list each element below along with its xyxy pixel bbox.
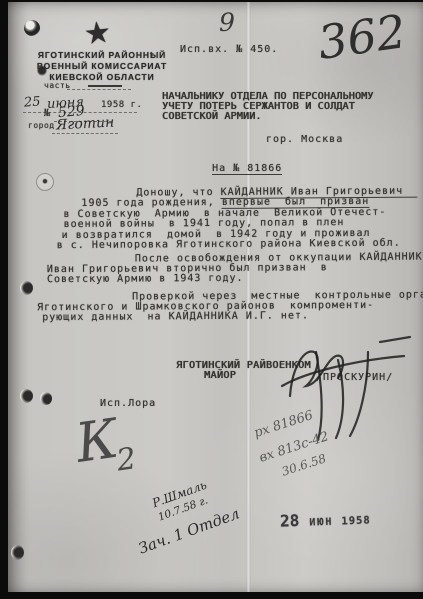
letterhead-line1: ЯГОТИНСКИЙ РАЙОННЫЙ — [24, 50, 180, 60]
punch-hole — [20, 281, 33, 295]
reference-number: На № 81866 — [184, 154, 282, 184]
form-part-line — [67, 89, 131, 90]
reference-number-text: На № 81866 — [212, 163, 282, 175]
stray-mark: т — [149, 51, 155, 61]
stamp-year: 1958 — [341, 514, 371, 527]
form-city-line — [52, 133, 118, 134]
recipient-city: гор. Москва — [266, 135, 343, 145]
date-stamp: 28 ИЮН 1958 — [280, 508, 371, 530]
letterhead-line2: ВОЕННЫЙ КОМИССАРИАТ — [24, 61, 180, 71]
handwritten-signature — [276, 326, 418, 446]
punch-hole — [40, 392, 52, 405]
incoming-ref: Исп.вх. № 450. — [180, 45, 278, 55]
stamp-day: 28 — [280, 511, 300, 531]
scanned-document-page: ★ ЯГОТИНСКИЙ РАЙОННЫЙ ВОЕННЫЙ КОМИССАРИА… — [0, 0, 423, 599]
punch-hole — [20, 389, 33, 403]
punch-hole — [11, 545, 24, 560]
torn-hole — [24, 20, 40, 36]
recipient-line3: СОВЕТСКОЙ АРМИИ. — [162, 112, 262, 122]
body-line: рующих данных на КАЙДАННИКА И.Г. нет. — [42, 311, 309, 323]
form-year: 1958 г. — [101, 100, 142, 110]
stamp-month: ИЮН — [309, 517, 333, 529]
form-number-label: № — [44, 109, 51, 119]
pencil-mark-k2: К2 — [72, 404, 141, 475]
form-city-value: Яготин — [56, 114, 115, 133]
body-line: Советскую Армию в 1943 году. — [47, 274, 244, 285]
form-day-value: 25 — [23, 94, 41, 110]
faint-hole — [36, 173, 54, 191]
star-icon: ★ — [82, 15, 112, 53]
k2-letter: К — [72, 407, 122, 475]
form-city-label: город — [28, 121, 55, 131]
k2-subscript: 2 — [114, 441, 138, 478]
page-number-handwritten: 9 — [219, 8, 235, 37]
letterhead-rule — [88, 85, 122, 87]
signer-rank: МАЙОР — [204, 371, 236, 381]
